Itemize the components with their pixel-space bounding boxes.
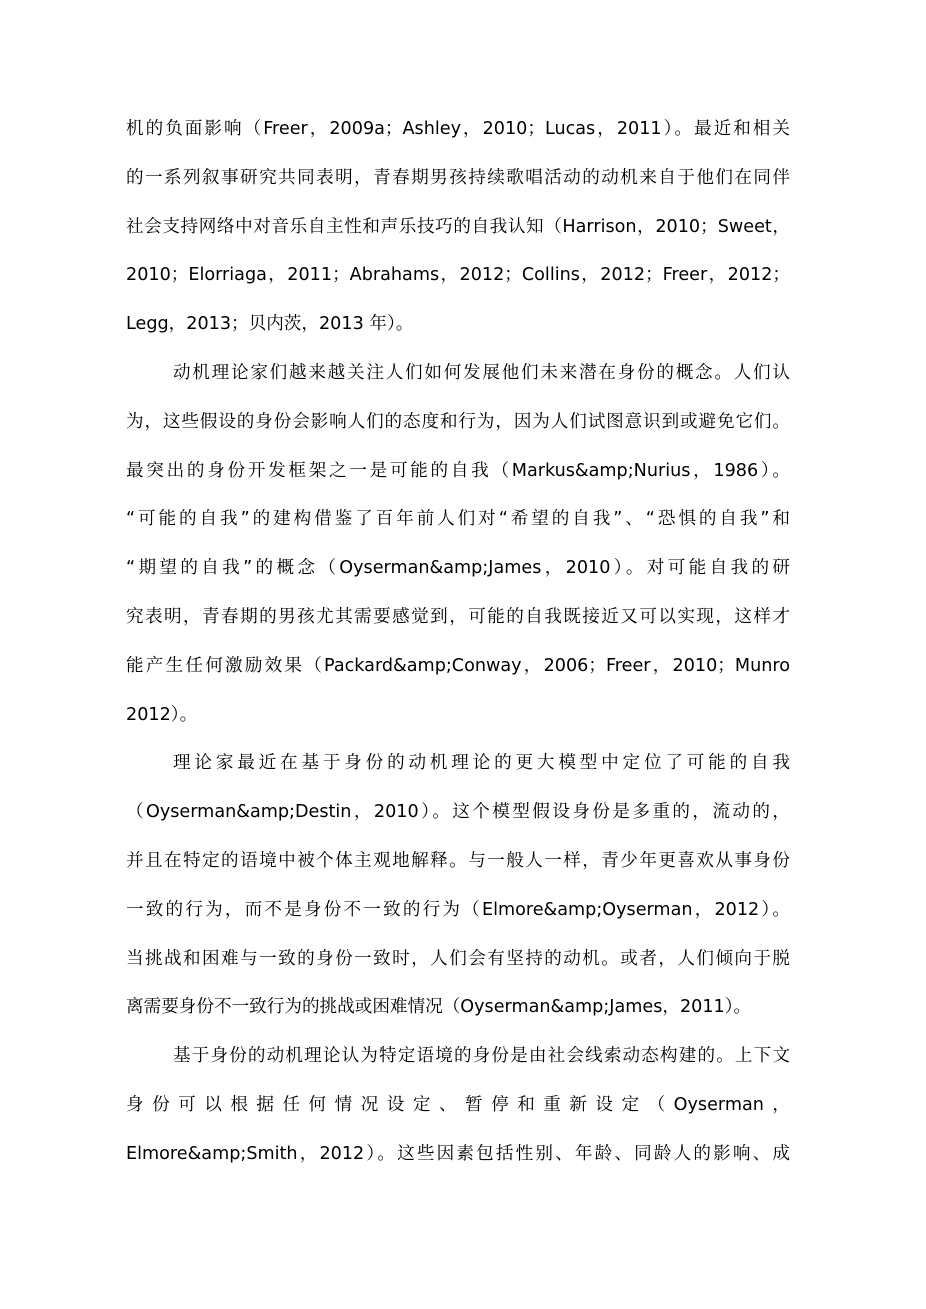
text-line: “可能的自我”的建构借鉴了百年前人们对“希望的自我”、“恐惧的自我”和 <box>126 495 790 544</box>
text-line: 的一系列叙事研究共同表明，青春期男孩持续歌唱活动的动机来自于他们在同伴 <box>126 154 790 203</box>
text-line: 最突出的身份开发框架之一是可能的自我（Markus&amp;Nurius，198… <box>126 447 790 496</box>
document-text-block: 机的负面影响（Freer，2009a；Ashley，2010；Lucas，201… <box>126 0 790 1179</box>
text-line: 能产生任何激励效果（Packard&amp;Conway，2006；Freer，… <box>126 642 790 691</box>
text-line: Elmore&amp;Smith，2012）。这些因素包括性别、年龄、同龄人的影… <box>126 1130 790 1179</box>
text-line: 2010；Elorriaga，2011；Abrahams，2012；Collin… <box>126 251 790 300</box>
text-line: 社会支持网络中对音乐自主性和声乐技巧的自我认知（Harrison，2010；Sw… <box>126 203 790 252</box>
text-line: （Oyserman&amp;Destin，2010）。这个模型假设身份是多重的，… <box>126 788 790 837</box>
text-line paragraph-end: 离需要身份不一致行为的挑战或困难情况（Oyserman&amp;James，20… <box>126 983 790 1032</box>
text-line: 当挑战和困难与一致的身份一致时，人们会有坚持的动机。或者，人们倾向于脱 <box>126 935 790 984</box>
text-line: 并且在特定的语境中被个体主观地解释。与一般人一样，青少年更喜欢从事身份 <box>126 837 790 886</box>
text-line: 机的负面影响（Freer，2009a；Ashley，2010；Lucas，201… <box>126 105 790 154</box>
text-line paragraph-start: 基于身份的动机理论认为特定语境的身份是由社会线索动态构建的。上下文 <box>126 1032 790 1081</box>
text-line paragraph-end: Legg，2013；贝内茨，2013 年）。 <box>126 300 790 349</box>
text-line: 为，这些假设的身份会影响人们的态度和行为，因为人们试图意识到或避免它们。 <box>126 398 790 447</box>
text-line: “期望的自我”的概念（Oyserman&amp;James，2010）。对可能自… <box>126 544 790 593</box>
text-line paragraph-start: 理论家最近在基于身份的动机理论的更大模型中定位了可能的自我 <box>126 739 790 788</box>
document-page: 机的负面影响（Freer，2009a；Ashley，2010；Lucas，201… <box>0 0 926 1309</box>
text-line: 一致的行为，而不是身份不一致的行为（Elmore&amp;Oyserman，20… <box>126 886 790 935</box>
text-line paragraph-start: 动机理论家们越来越关注人们如何发展他们未来潜在身份的概念。人们认 <box>126 349 790 398</box>
text-line paragraph-end: 2012）。 <box>126 691 790 740</box>
text-line: 身份可以根据任何情况设定、暂停和重新设定（Oyserman， <box>126 1081 790 1130</box>
text-line: 究表明，青春期的男孩尤其需要感觉到，可能的自我既接近又可以实现，这样才 <box>126 593 790 642</box>
